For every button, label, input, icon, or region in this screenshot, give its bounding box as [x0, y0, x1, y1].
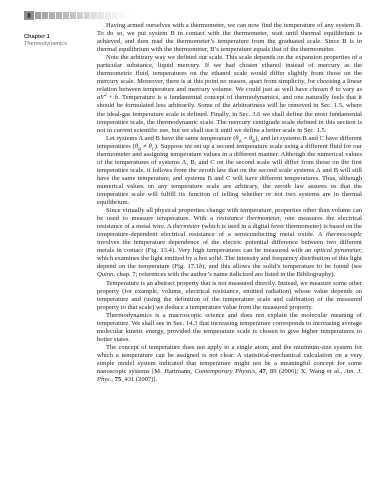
text-run: Having armed ourselves with a thermomete…: [97, 22, 362, 53]
text-run: Note the arbitrary way we defined our sc…: [97, 54, 362, 93]
text-run: resistance thermometer,: [217, 215, 281, 222]
paragraph: Temperature is an abstract property that…: [97, 280, 362, 312]
text-run: thermocouple: [326, 231, 362, 238]
paragraph: Note the arbitrary way we defined our sc…: [97, 54, 362, 134]
header-gradient-bar: [35, 12, 131, 19]
paragraph: Let systems A and B have the same temper…: [97, 135, 362, 207]
text-run: thermistor: [173, 223, 200, 230]
text-run: , 89 (2006); X. Wang et al.,: [266, 368, 345, 375]
text-run: , 431 (2007)].: [121, 376, 157, 383]
paragraph: Having armed ourselves with a thermomete…: [97, 22, 362, 54]
text-run: Quinn: [97, 271, 113, 278]
text-run: =: [242, 135, 249, 142]
text-run: +: [107, 94, 115, 101]
paragraph: Since virtually all physical properties …: [97, 207, 362, 279]
text-run: Contemporary Physics: [195, 368, 256, 375]
text-run: optical pyrometer,: [314, 247, 362, 254]
page-number-box: 8: [24, 11, 34, 20]
chapter-title: Thermodynamics: [24, 41, 90, 48]
text-run: Thermodynamics is a macroscopic science …: [97, 312, 362, 343]
text-run: ). Suppose we set up a second temperatur…: [97, 143, 362, 206]
book-page: 8 Chapter 1 Thermodynamics Having armed …: [0, 0, 383, 480]
paragraph: Thermodynamics is a macroscopic science …: [97, 312, 362, 344]
chapter-label: Chapter 1: [24, 34, 90, 41]
paragraph: The concept of temperature does not appl…: [97, 344, 362, 384]
text-run: Temperature is an abstract property that…: [97, 280, 362, 311]
text-run: to vary as: [333, 86, 362, 93]
text-run: , chap. 7; references with the author’s …: [113, 271, 335, 278]
text-run: . Temperature is a fundamental concept o…: [97, 94, 362, 133]
chapter-margin-note: Chapter 1 Thermodynamics: [24, 34, 90, 48]
page-header: 8: [24, 11, 131, 20]
page-number: 8: [27, 12, 31, 20]
text-run: ), and this allows the solid’s temperatu…: [202, 263, 362, 270]
text-run: Let systems A and B have the same temper…: [106, 135, 235, 142]
body-text-column: Having armed ourselves with a thermomete…: [97, 22, 362, 384]
